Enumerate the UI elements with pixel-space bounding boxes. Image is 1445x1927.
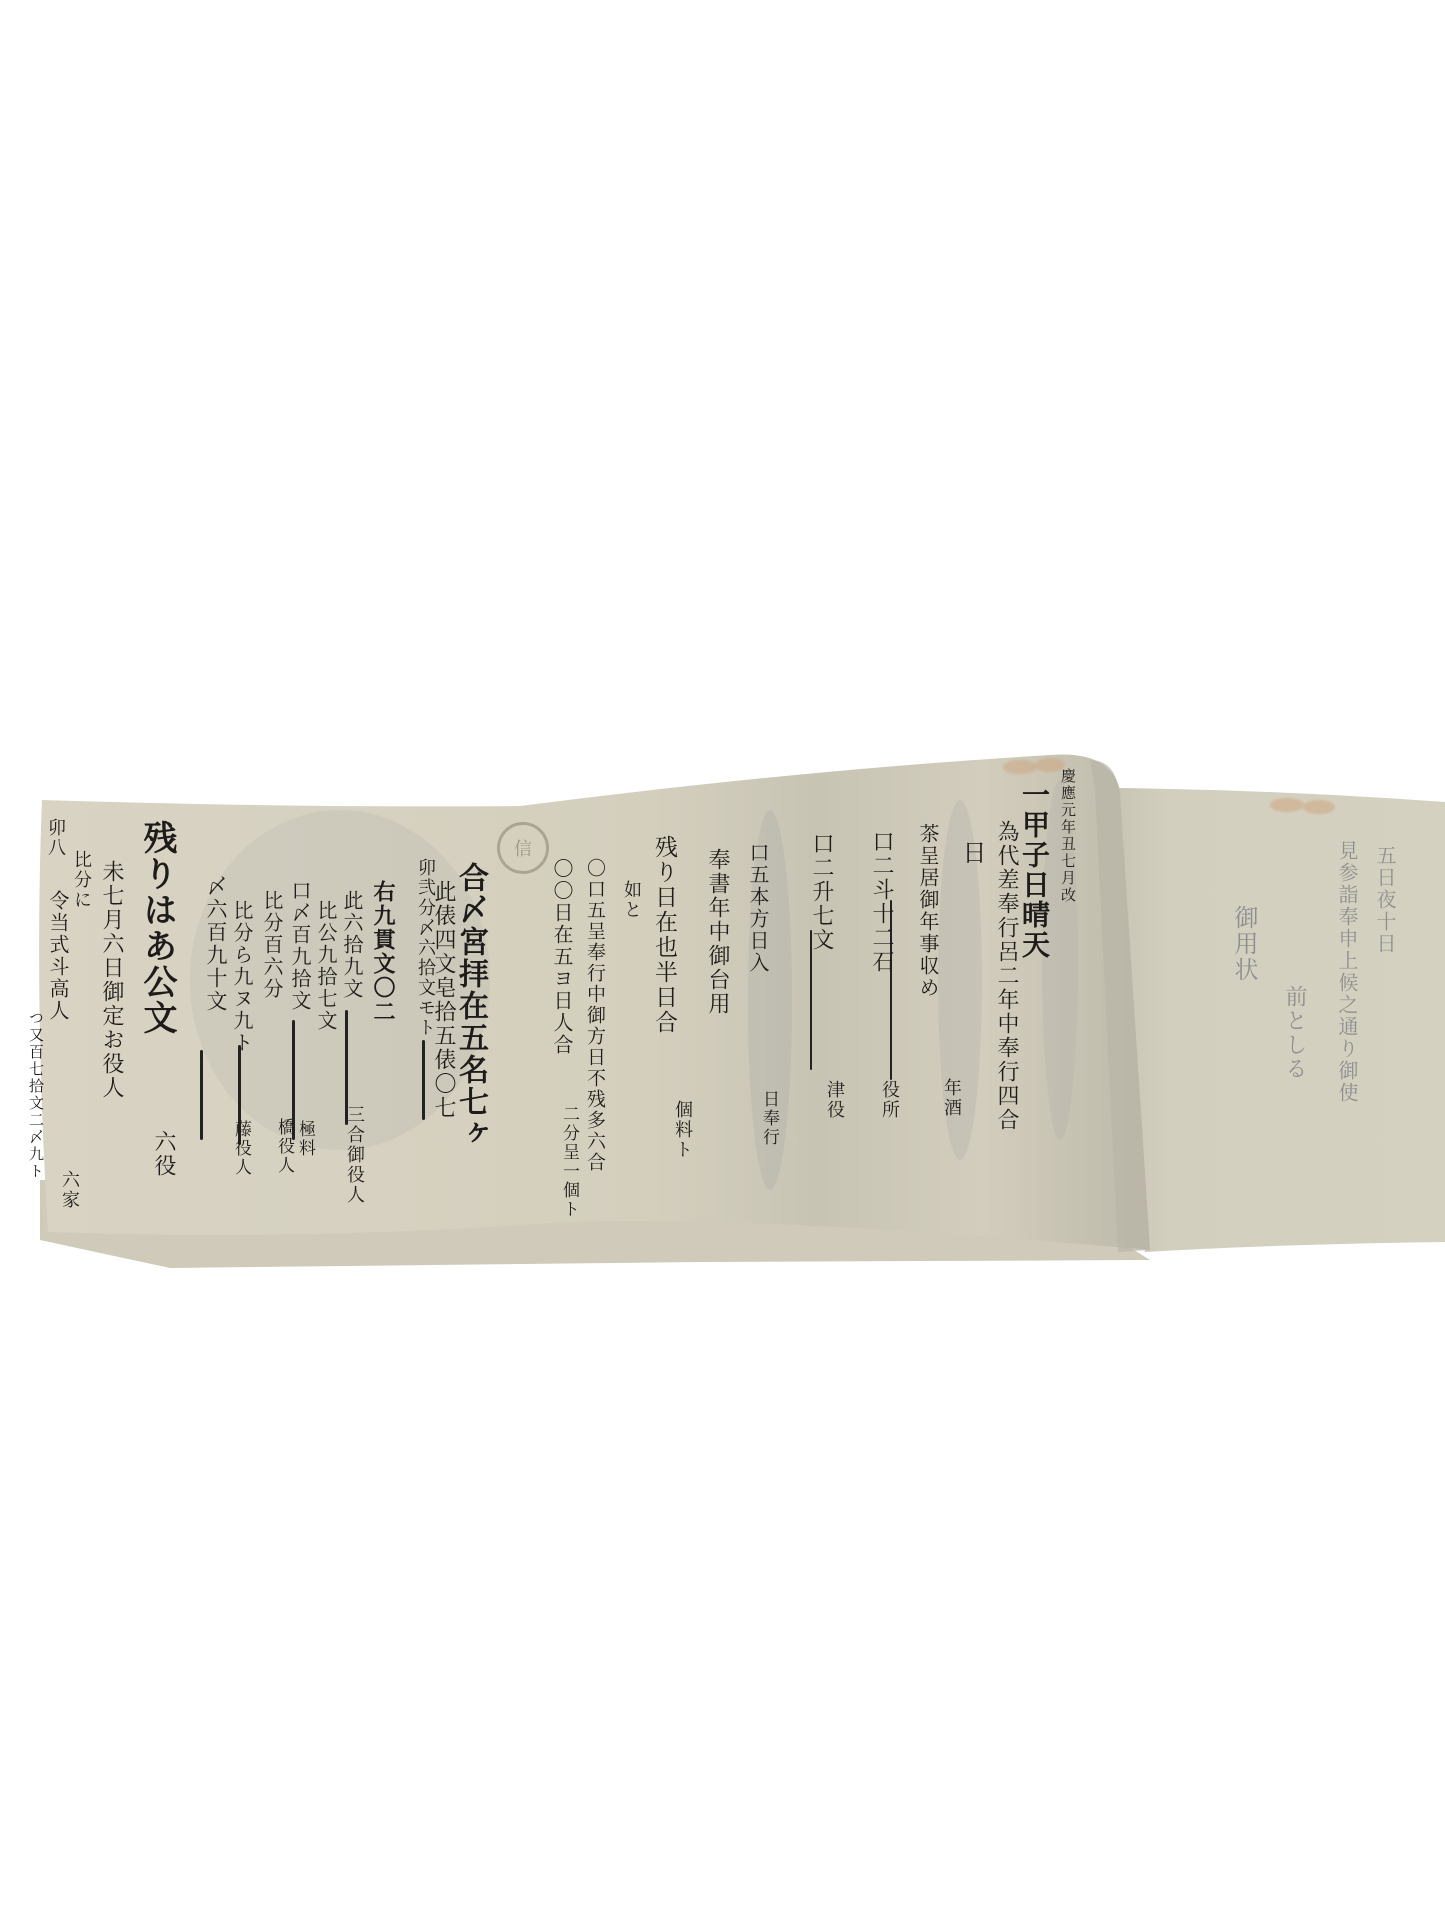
ledger-footnote: 個料ト [673,1100,691,1160]
seal-stamp: 信 [497,822,549,874]
ledger-column: 〇〇日在五ヨ日人合 [552,858,572,1056]
ledger-footnote: 橋役人 [275,1118,292,1175]
ledger-column: 比分ら九ヌ九ト [232,900,252,1054]
ledger-column: 右九貫文〇二 [372,880,394,1024]
ledger-column: 〇口五呈奉行中御方日不残多六合 [585,858,604,1173]
ledger-column: 卯八 [46,818,64,858]
ledger-footnote: 六役 [152,1130,174,1178]
ledger-column: 口二斗十二石 [870,830,892,974]
ledger-footnote: 二分呈一個ト [560,1105,577,1219]
ledger-column: つ又百七拾文二〆九ト [28,1010,43,1180]
ledger-footnote: 役所 [880,1080,898,1120]
ledger-column: 一甲子日晴天 [1020,780,1048,960]
ledger-column: 茶呈居御年事収め [918,823,938,999]
ledger-column: 如と [622,880,640,920]
ledger-column: 口二升七文 [810,832,832,952]
ledger-column-faint: 御用状 [1232,905,1256,983]
ledger-footnote: 藤役人 [232,1120,249,1177]
ledger-column-faint: 五日夜十日 [1375,845,1395,955]
ledger-footnote: 津役 [825,1080,843,1120]
ink-stroke [422,1040,425,1120]
ledger-footnote: 三合御役人 [345,1105,363,1205]
ledger-column: 慶應元年丑七月改 [1060,768,1075,904]
ledger-footnote: 六家 [60,1170,78,1210]
ledger-column: 残り日在也半日合 [652,835,675,1035]
ledger-column-faint: 見参詣奉申上候之通り御使 [1337,840,1357,1104]
ledger-column: 奉書年中御台用 [706,848,728,1016]
ledger-column: 残りはあ公文 [140,820,174,1036]
ledger-footnote: 日奉行 [760,1090,777,1147]
ledger-column: 此六拾九文 [342,890,362,1000]
ledger-column: 比分に [72,850,90,910]
paper-stain [1303,800,1335,814]
ledger-column: 日 [960,840,984,866]
ledger-column: 未七月六日御定お役人 [100,860,122,1100]
ledger-footnote: 年酒 [942,1078,960,1118]
ledger-column: 口〆百九拾文 [290,880,310,1012]
paper-stain [1003,760,1037,774]
ledger-column: 口五本方日入 [748,842,768,974]
ledger-column: 比分百六分 [262,890,282,1000]
ledger-column: 合〆宮拝在五名七ヶ [455,862,485,1150]
ledger-footnote: 極料 [296,1120,313,1158]
ledger-column: 此俵四文皂拾五俵〇七 [432,880,454,1120]
ledger-column: 令当式斗高人 [48,890,68,1022]
ledger-column-faint: 前としる [1283,985,1305,1081]
ledger-column: 為代差奉行呂二年中奉行四合 [995,820,1017,1132]
ledger-column: 〆六百九十文 [205,875,226,1013]
paper-stain [1270,798,1304,812]
photo-scene: 信 卯八 比分に 令当式斗高人 つ又百七拾文二〆九ト 未七月六日御定お役人 残り… [0,0,1445,1927]
seal-glyph: 信 [514,835,532,861]
ledger-column: 比公九拾七文 [316,900,336,1032]
ink-stroke [200,1050,203,1140]
